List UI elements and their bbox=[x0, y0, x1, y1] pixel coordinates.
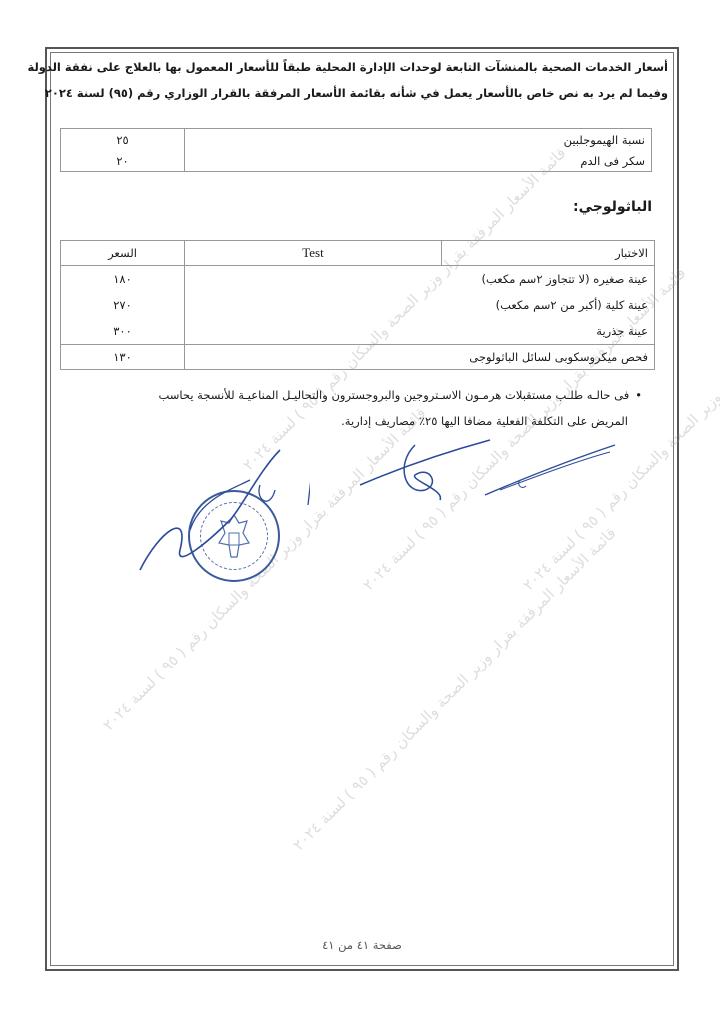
signature-right-icon bbox=[480, 440, 620, 500]
pathology-note: •فى حالـه طلـب مستقبلات هرمـون الاسـتروج… bbox=[82, 382, 642, 434]
header-line-2: وفيما لم يرد به نص خاص بالأسعار يعمل في … bbox=[45, 86, 668, 100]
table-header-row: الاختبار Test السعر bbox=[61, 241, 655, 266]
table-row: نسبة الهيموجلبين ٢٥ bbox=[61, 129, 652, 151]
test-price: ٢٧٠ bbox=[61, 292, 185, 318]
column-header-test-en: Test bbox=[185, 241, 442, 266]
test-price: ٢٠ bbox=[61, 150, 185, 172]
test-name: عينة كلية (أكبر من ٢سم مكعب) bbox=[185, 292, 655, 318]
column-header-test-ar: الاختبار bbox=[442, 241, 655, 266]
bullet-icon: • bbox=[635, 388, 642, 402]
test-name: سكر فى الدم bbox=[185, 150, 652, 172]
note-line-1: •فى حالـه طلـب مستقبلات هرمـون الاسـتروج… bbox=[82, 382, 642, 408]
test-name: عينة صغيره (لا تتجاوز ٢سم مكعب) bbox=[185, 266, 655, 293]
test-name: نسبة الهيموجلبين bbox=[185, 129, 652, 151]
test-name: عينة جذرية bbox=[185, 318, 655, 345]
test-price: ٢٥ bbox=[61, 129, 185, 151]
section-title-pathology: الباثولوجي: bbox=[573, 199, 652, 215]
table-row: فحص ميكروسكوبى لسائل الباثولوجى ١٣٠ bbox=[61, 345, 655, 370]
signature-middle-icon bbox=[355, 435, 495, 505]
carryover-table: نسبة الهيموجلبين ٢٥ سكر فى الدم ٢٠ bbox=[60, 128, 652, 172]
test-price: ٣٠٠ bbox=[61, 318, 185, 345]
page-number: صفحة ٤١ من ٤١ bbox=[52, 938, 672, 952]
test-name: فحص ميكروسكوبى لسائل الباثولوجى bbox=[185, 345, 655, 370]
test-price: ١٨٠ bbox=[61, 266, 185, 293]
note-text: فى حالـه طلـب مستقبلات هرمـون الاسـتروجي… bbox=[158, 388, 629, 402]
test-price: ١٣٠ bbox=[61, 345, 185, 370]
header-line-1: أسعار الخدمات الصحية بالمنشآت التابعة لو… bbox=[28, 60, 669, 74]
table-row: عينة كلية (أكبر من ٢سم مكعب) ٢٧٠ bbox=[61, 292, 655, 318]
column-header-price: السعر bbox=[61, 241, 185, 266]
pathology-table: الاختبار Test السعر عينة صغيره (لا تتجاو… bbox=[60, 240, 655, 370]
table-row: سكر فى الدم ٢٠ bbox=[61, 150, 652, 172]
table-row: عينة صغيره (لا تتجاوز ٢سم مكعب) ١٨٠ bbox=[61, 266, 655, 293]
table-row: عينة جذرية ٣٠٠ bbox=[61, 318, 655, 345]
signature-left-icon bbox=[130, 430, 310, 580]
